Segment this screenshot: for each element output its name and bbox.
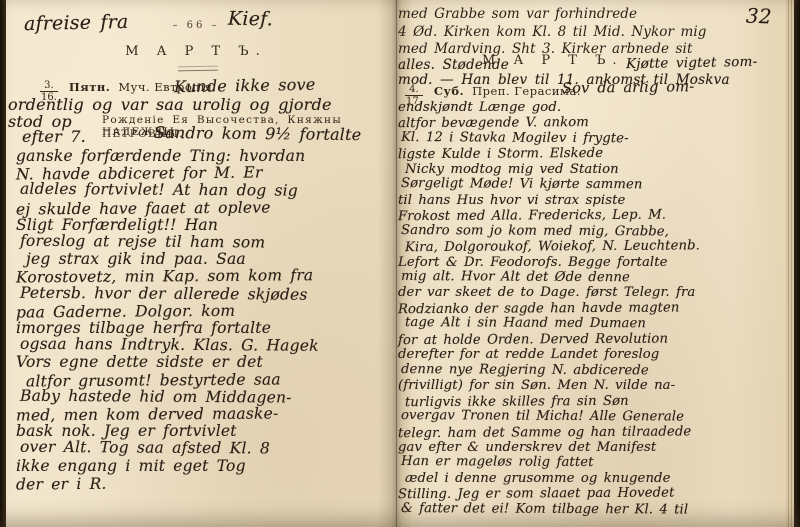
handwriting-line: foreslog at rejse til ham som: [20, 233, 390, 253]
handwriting-line: ligste Kulde i Storm. Elskede: [398, 145, 784, 163]
handwriting-line: Kunde ikke sove: [174, 75, 316, 96]
handwriting-line: jeg strax gik ind paa. Saa: [26, 251, 390, 268]
handwriting-line: til hans Hus hvor vi strax spiste: [398, 193, 784, 208]
handwriting-line: gav efter & underskrev det Manifest: [398, 440, 784, 455]
handwriting-line: denne nye Regjering N. abdicerede: [401, 362, 784, 379]
diary-page-right: med Grabbe som var forhindrede4 Ød. Kirk…: [394, 0, 786, 527]
handwriting-line: Kjøtte vigtet som-: [626, 54, 758, 72]
diary-book-spread: afreise fra – 66 – Kief. М А Р Т Ъ. 3. 1…: [0, 0, 800, 527]
page-edge-stack: [786, 0, 794, 527]
handwriting-line: Sov da arlig om-: [562, 79, 695, 97]
handwriting-line: ej skulde have faaet at opleve: [16, 198, 390, 218]
month-header-rule: [178, 66, 218, 72]
handwriting-line: Kira, Dolgoroukof, Woiekof, N. Leuchtenb…: [405, 238, 784, 256]
handwriting-line: Lefort & Dr. Feodorofs. Begge fortalte: [398, 255, 784, 270]
date-new-style: 4.: [409, 84, 419, 95]
handwriting-line: derefter for at redde Landet foreslog: [398, 347, 784, 362]
handwriting-line: for at holde Orden. Derved Revolution: [398, 331, 784, 349]
handwriting-body-right-top: med Grabbe som var forhindrede4 Ød. Kirk…: [398, 6, 784, 59]
handwriting-line: 4 Ød. Kirken kom Kl. 8 til Mid. Nykor mi…: [398, 24, 784, 42]
handwriting-line: Frokost med Alla. Fredericks, Lep. M.: [398, 207, 784, 225]
handwritten-page-number: 32: [746, 4, 773, 29]
handwriting-line: Stilling. Jeg er som slaaet paa Hovedet: [398, 485, 784, 503]
handwriting-line: paa Gaderne. Dolgor. kom: [16, 301, 390, 321]
handwriting-line: ædel i denne grusomme og knugende: [405, 471, 784, 486]
handwriting-line: Nicky modtog mig ved Station: [405, 162, 784, 177]
handwriting-line: der var skeet de to Dage. først Telegr. …: [398, 285, 784, 300]
handwriting-line: aldeles fortvivlet! At han dog sig: [20, 181, 390, 201]
handwriting-line: efter 7.: [22, 127, 86, 146]
weekday-label: Суб.: [434, 84, 464, 98]
handwriting-line: med Grabbe som var forhindrede: [398, 6, 784, 24]
handwriting-line: med, men kom derved maaske-: [16, 405, 390, 425]
handwriting-header-left: afreise fra: [24, 11, 129, 35]
handwriting-line: der er i R.: [16, 473, 390, 493]
printed-folio-left: – 66 –: [154, 20, 238, 31]
handwriting-line: over Alt. Tog saa afsted Kl. 8: [20, 439, 390, 459]
handwriting-line: ikke engang i mit eget Tog: [16, 458, 390, 475]
handwriting-line: & fatter det ei! Kom tilbage her Kl. 4 t…: [401, 501, 784, 518]
handwriting-header-right: Kief.: [228, 8, 273, 31]
book-cover-edge-right: [794, 0, 800, 527]
handwriting-line: (frivilligt) for sin Søn. Men N. vilde n…: [398, 378, 784, 393]
handwriting-line: Sørgeligt Møde! Vi kjørte sammen: [401, 176, 784, 193]
month-header-right: М А Р Т Ъ.: [482, 53, 624, 68]
handwriting-line: Vors egne dette sidste er det: [16, 354, 390, 371]
weekday-label: Пятн.: [69, 80, 110, 94]
month-header-left: М А Р Т Ъ.: [6, 44, 386, 59]
handwriting-line: Han er mageløs rolig fattet: [401, 454, 784, 471]
handwriting-line: Sandro kom 9½ fortalte: [154, 123, 362, 144]
diary-page-left: afreise fra – 66 – Kief. М А Р Т Ъ. 3. 1…: [6, 0, 394, 527]
handwriting-body-right: endskjøndt Længe god.altfor bevægende V.…: [398, 100, 784, 517]
date-new-style: 3.: [44, 80, 54, 91]
handwriting-line: ganske forfærdende Ting: hvordan: [16, 148, 390, 165]
handwriting-line: ogsaa hans Indtryk. Klas. G. Hagek: [20, 336, 390, 356]
handwriting-line: telegr. ham det Samme og han tilraadede: [398, 423, 784, 441]
handwriting-line: overgav Tronen til Micha! Alle Generale: [401, 408, 784, 425]
handwriting-line: endskjøndt Længe god.: [398, 100, 784, 115]
handwriting-body-left: ganske forfærdende Ting: hvordanN. havde…: [16, 148, 390, 492]
handwriting-line: mig alt. Hvor Alt det Øde denne: [401, 269, 784, 286]
